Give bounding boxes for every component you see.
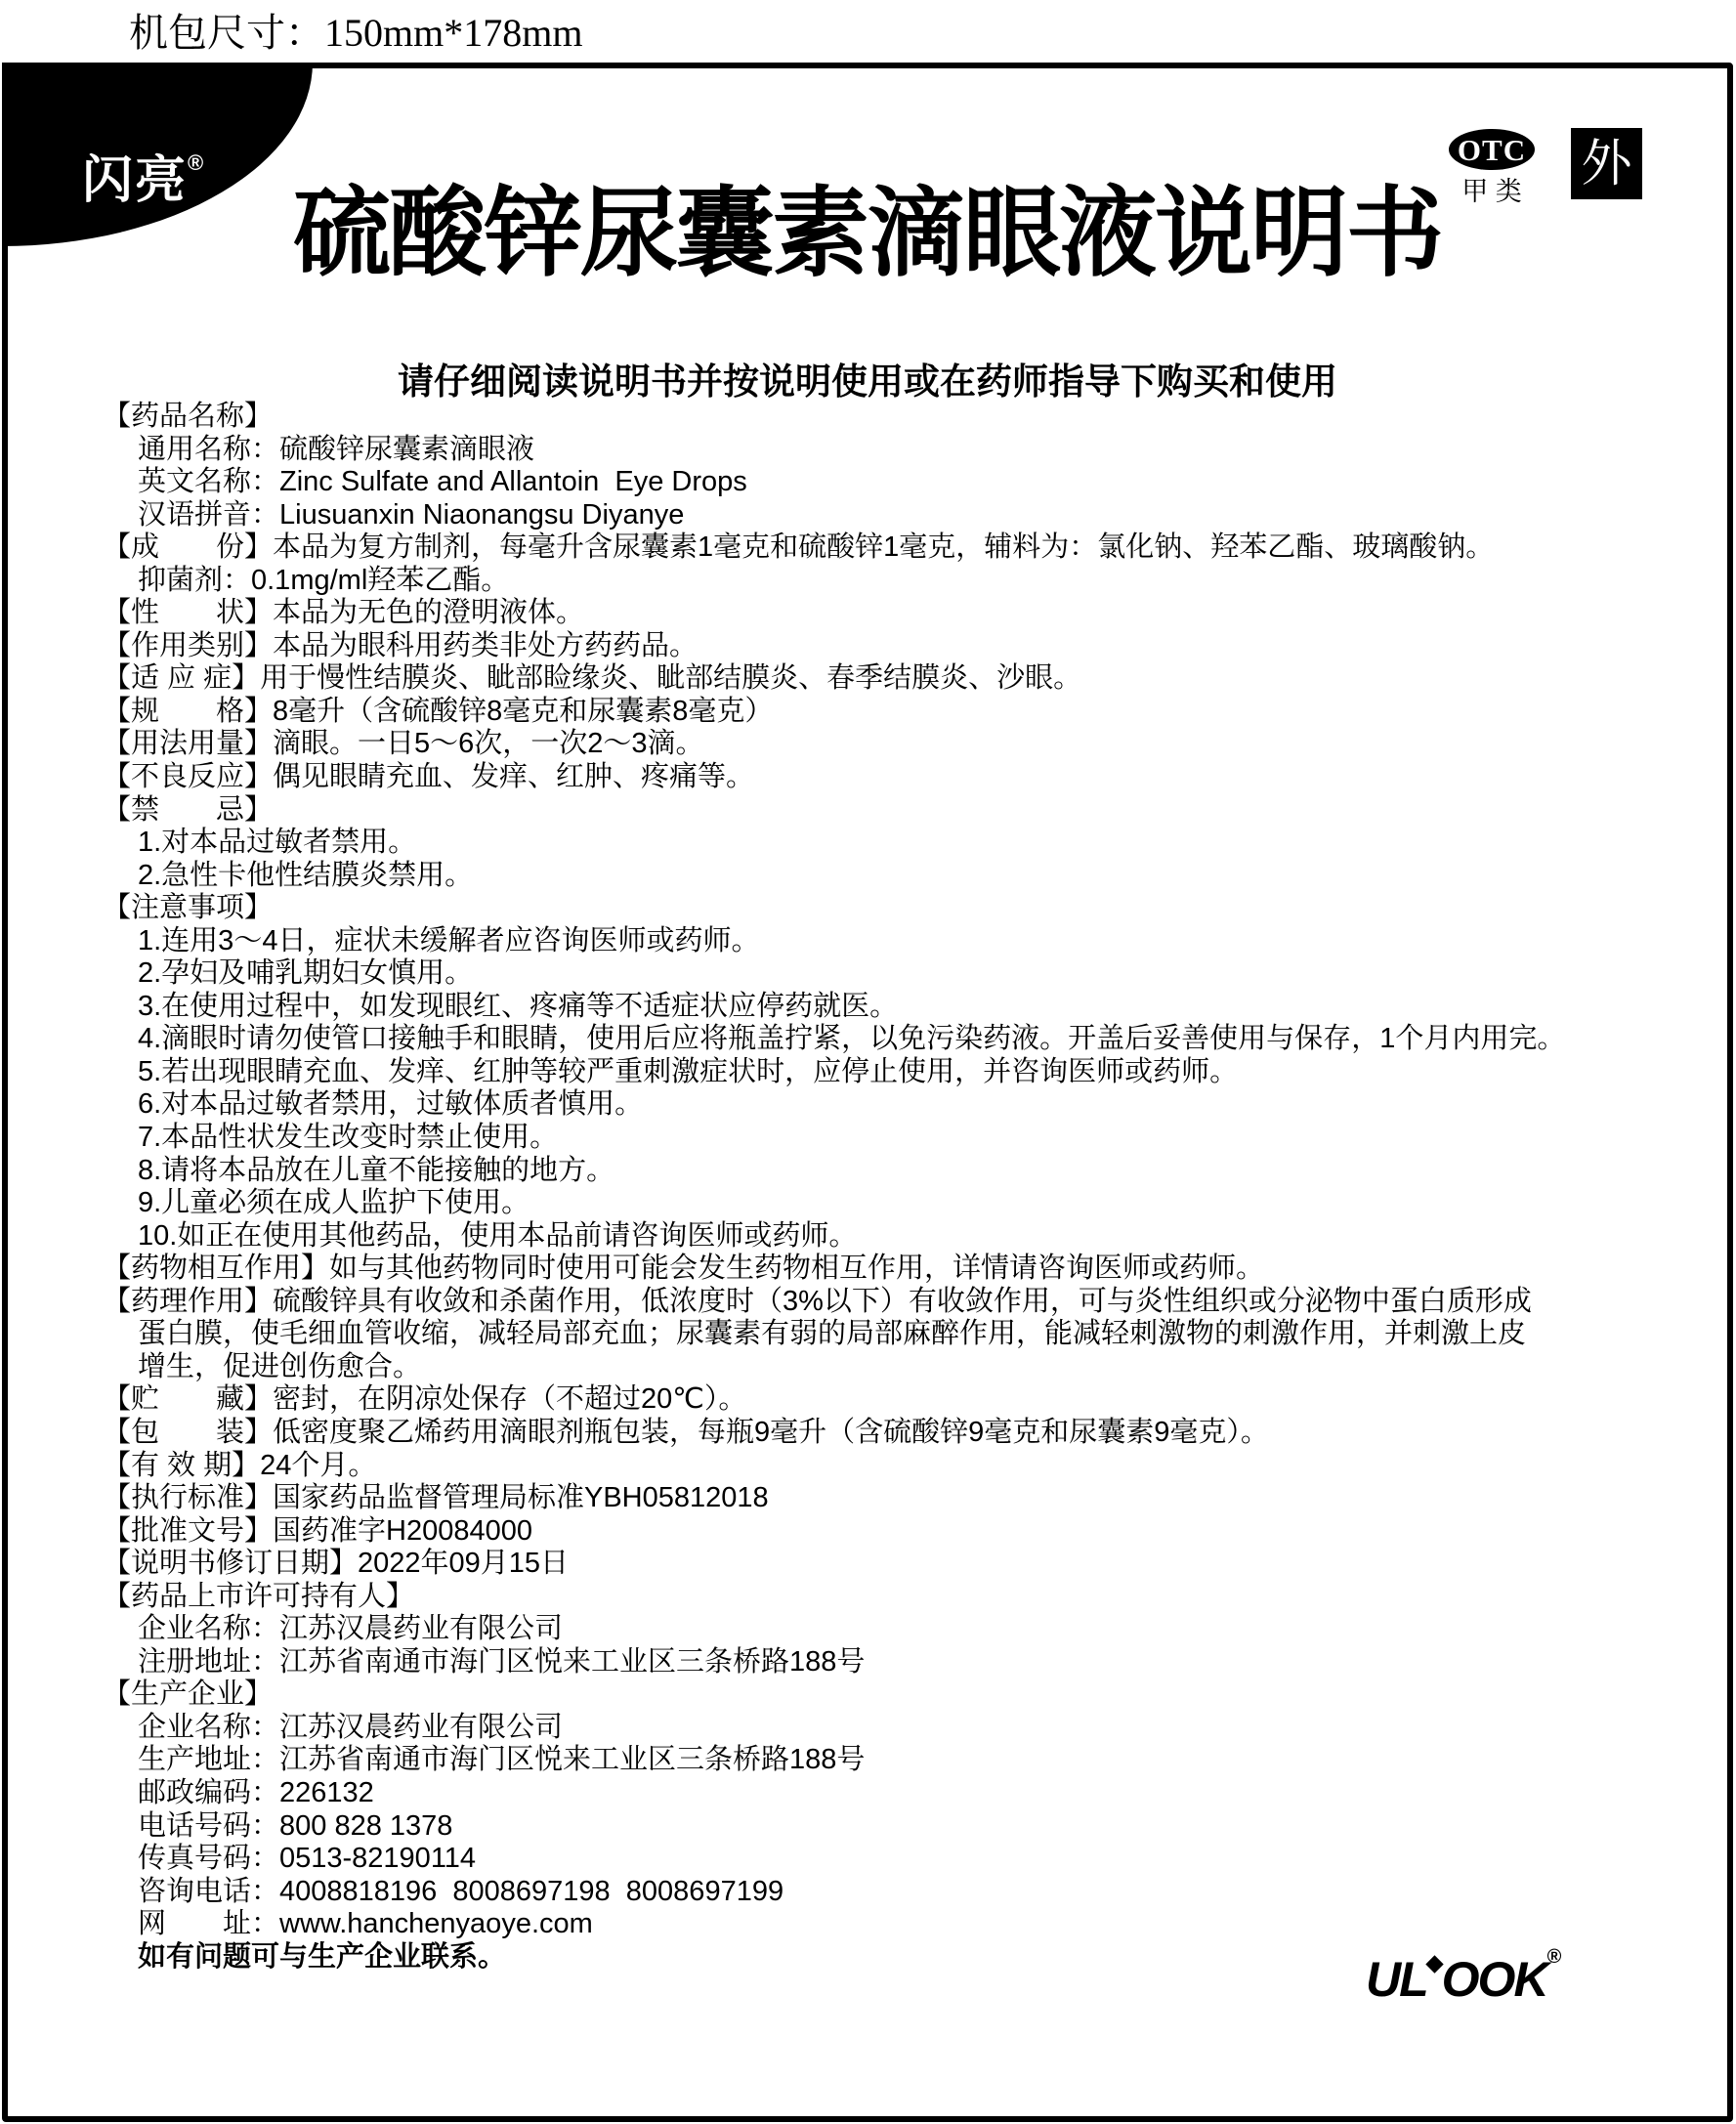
insert-line: 10.如正在使用其他药品，使用本品前请咨询医师或药师。 (103, 1220, 1627, 1253)
insert-line: 【贮 藏】密封，在阴凉处保存（不超过20℃）。 (103, 1383, 1627, 1417)
insert-line: 【包 装】低密度聚乙烯药用滴眼剂瓶包装，每瓶9毫升（含硫酸锌9毫克和尿囊素9毫克… (103, 1417, 1627, 1450)
insert-line: 8.请将本品放在儿童不能接触的地方。 (103, 1155, 1627, 1188)
insert-line: 蛋白膜，使毛细血管收缩，减轻局部充血；尿囊素有弱的局部麻醉作用，能减轻刺激物的刺… (103, 1318, 1627, 1351)
insert-line: 【批准文号】国药准字H20084000 (103, 1515, 1627, 1549)
insert-line: 【成 份】本品为复方制剂，每毫升含尿囊素1毫克和硫酸锌1毫克，辅料为：氯化钠、羟… (103, 531, 1627, 565)
insert-line: 电话号码：800 828 1378 (103, 1810, 1627, 1844)
insert-line: 【生产企业】 (103, 1678, 1627, 1712)
document-title: 硫酸锌尿囊素滴眼液说明书 (2, 178, 1733, 290)
insert-line: 企业名称：江苏汉晨药业有限公司 (103, 1712, 1627, 1745)
insert-line: 【注意事项】 (103, 892, 1627, 925)
brand-registered-mark: ® (188, 150, 203, 175)
insert-line: 【说明书修订日期】2022年09月15日 (103, 1548, 1627, 1581)
insert-line: 【作用类别】本品为眼科用药类非处方药药品。 (103, 630, 1627, 663)
insert-line: 注册地址：江苏省南通市海门区悦来工业区三条桥路188号 (103, 1646, 1627, 1679)
insert-line: 英文名称：Zinc Sulfate and Allantoin Eye Drop… (103, 466, 1627, 499)
ulook-logo-text-left: UL (1366, 1952, 1427, 2007)
insert-line: 通用名称：硫酸锌尿囊素滴眼液 (103, 434, 1627, 467)
insert-line: 汉语拼音：Liusuanxin Niaonangsu Diyanye (103, 499, 1627, 532)
insert-line: 2.急性卡他性结膜炎禁用。 (103, 860, 1627, 893)
insert-line: 【药品上市许可持有人】 (103, 1581, 1627, 1614)
insert-line: 传真号码：0513-82190114 (103, 1843, 1627, 1876)
insert-line: 【性 状】本品为无色的澄明液体。 (103, 597, 1627, 630)
insert-body-lines: 【药品名称】通用名称：硫酸锌尿囊素滴眼液英文名称：Zinc Sulfate an… (103, 401, 1627, 1974)
otc-badge: OTC (1449, 129, 1535, 170)
insert-line: 6.对本品过敏者禁用，过敏体质者慎用。 (103, 1088, 1627, 1122)
insert-line: 5.若出现眼睛充血、发痒、红肿等较严重刺激症状时，应停止使用，并咨询医师或药师。 (103, 1056, 1627, 1089)
ulook-registered-mark: ® (1547, 1946, 1562, 1968)
insert-line: 7.本品性状发生改变时禁止使用。 (103, 1122, 1627, 1155)
insert-line: 1.连用3～4日，症状未缓解者应咨询医师或药师。 (103, 925, 1627, 958)
package-size-note: 机包尺寸：150mm*178mm (129, 2, 582, 58)
diamond-icon (1425, 1955, 1443, 1973)
package-insert-page: { "colors": { "ink": "#000000", "paper":… (0, 0, 1736, 2124)
ulook-logo: ULOOK® (1366, 1946, 1561, 2008)
insert-line: 【药物相互作用】如与其他药物同时使用可能会发生药物相互作用，详情请咨询医师或药师… (103, 1253, 1627, 1286)
insert-line: 【药理作用】硫酸锌具有收敛和杀菌作用，低浓度时（3%以下）有收敛作用，可与炎性组… (103, 1286, 1627, 1319)
insert-line: 邮政编码：226132 (103, 1777, 1627, 1810)
insert-line: 4.滴眼时请勿使管口接触手和眼睛，使用后应将瓶盖拧紧，以免污染药液。开盖后妥善使… (103, 1023, 1627, 1056)
insert-line: 9.儿童必须在成人监护下使用。 (103, 1187, 1627, 1220)
insert-line: 3.在使用过程中，如发现眼红、疼痛等不适症状应停药就医。 (103, 991, 1627, 1024)
insert-line: 1.对本品过敏者禁用。 (103, 827, 1627, 860)
insert-line: 抑菌剂：0.1mg/ml羟苯乙酯。 (103, 565, 1627, 598)
insert-line: 增生，促进创伤愈合。 (103, 1351, 1627, 1384)
insert-line: 【有 效 期】24个月。 (103, 1450, 1627, 1483)
insert-line: 【用法用量】滴眼。一日5～6次，一次2～3滴。 (103, 728, 1627, 761)
insert-line: 【适 应 症】用于慢性结膜炎、眦部睑缘炎、眦部结膜炎、春季结膜炎、沙眼。 (103, 662, 1627, 696)
insert-line: 【规 格】8毫升（含硫酸锌8毫克和尿囊素8毫克） (103, 696, 1627, 729)
insert-line: 网 址：www.hanchenyaoye.com (103, 1908, 1627, 1941)
insert-line: 【不良反应】偶见眼睛充血、发痒、红肿、疼痛等。 (103, 761, 1627, 794)
insert-line: 2.孕妇及哺乳期妇女慎用。 (103, 957, 1627, 991)
insert-line: 【执行标准】国家药品监督管理局标准YBH05812018 (103, 1482, 1627, 1515)
insert-line: 生产地址：江苏省南通市海门区悦来工业区三条桥路188号 (103, 1744, 1627, 1777)
ulook-logo-text-right: OOK (1442, 1952, 1547, 2007)
otc-badge-text: OTC (1458, 135, 1526, 165)
insert-line: 企业名称：江苏汉晨药业有限公司 (103, 1613, 1627, 1646)
document-subtitle: 请仔细阅读说明书并按说明使用或在药师指导下购买和使用 (2, 352, 1733, 404)
insert-line: 【药品名称】 (103, 401, 1627, 434)
insert-line: 咨询电话：4008818196 8008697198 8008697199 (103, 1876, 1627, 1909)
insert-line: 【禁 忌】 (103, 794, 1627, 828)
